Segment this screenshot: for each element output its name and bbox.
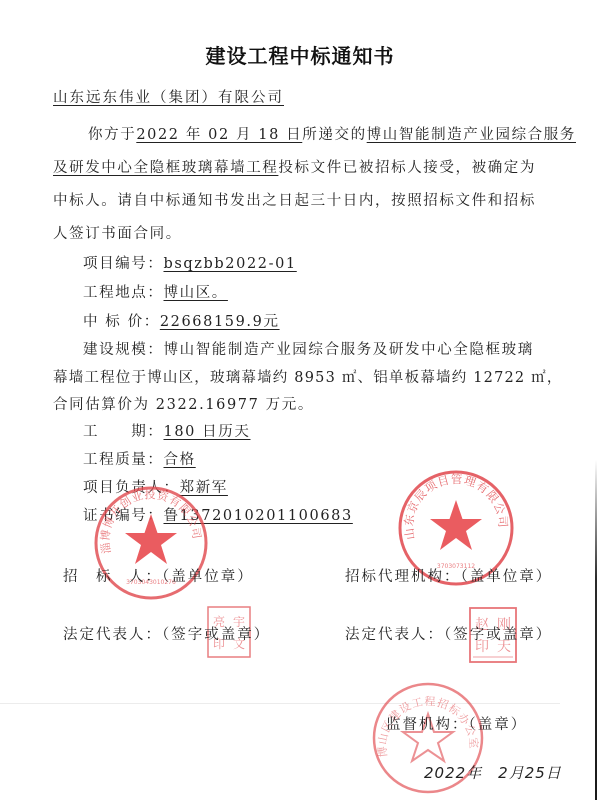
paragraph-line-4: 人签订书面合同。 xyxy=(53,222,182,243)
supervisor-label: 监督机构：（盖章） xyxy=(386,713,527,734)
duration-value: 180 日历天 xyxy=(164,424,251,440)
paragraph-line-1: 你方于2022 年 02 月 18 日所递交的博山智能制造产业园综合服务 xyxy=(88,123,576,144)
field-label: 工程质量： xyxy=(83,452,164,468)
agency-legal-rep-label: 法定代表人：（签字或盖章） xyxy=(345,623,552,644)
scale-line-1: 博山智能制造产业园综合服务及研发中心全隐框玻璃 xyxy=(164,342,534,358)
field-scale: 建设规模：博山智能制造产业园综合服务及研发中心全隐框玻璃 xyxy=(83,338,534,359)
submit-date: 2022 年 02 月 18 日 xyxy=(136,127,302,143)
paragraph-line-2: 及研发中心全隐框玻璃幕墙工程投标文件已被招标人接受，被确定为 xyxy=(53,156,536,177)
quality-value: 合格 xyxy=(164,452,196,468)
field-project-no: 项目编号：bsqzbb2022-01 xyxy=(83,252,297,273)
field-label: 建设规模： xyxy=(83,342,164,358)
scan-edge-line xyxy=(595,460,597,800)
project-no-value: bsqzbb2022-01 xyxy=(164,256,297,272)
tenderer-seal-label: 招 标 人：（盖单位章） xyxy=(63,565,254,586)
project-name-part1: 博山智能制造产业园综合服务 xyxy=(367,127,576,143)
field-quality: 工程质量：合格 xyxy=(83,448,196,469)
scale-line-2: 幕墙工程位于博山区，玻璃幕墙约 8953 ㎡、铝单板幕墙约 12722 ㎡， xyxy=(53,366,563,387)
document-title: 建设工程中标通知书 xyxy=(0,40,600,69)
paragraph-prefix: 你方于 xyxy=(88,127,136,143)
tenderer-legal-rep-label: 法定代表人：（签字或盖章） xyxy=(63,623,270,644)
field-duration: 工 期：180 日历天 xyxy=(83,420,251,441)
field-location: 工程地点：博山区。 xyxy=(83,281,228,302)
location-value: 博山区。 xyxy=(164,285,228,301)
bid-price-value: 22668159.9元 xyxy=(160,314,280,330)
addressee: 山东远东伟业（集团）有限公司 xyxy=(53,86,284,107)
scale-line-3: 合同估算价为 2322.16977 万元。 xyxy=(53,393,314,414)
field-bid-price: 中 标 价：22668159.9元 xyxy=(83,310,280,331)
paragraph-line2-suffix: 投标文件已被招标人接受，被确定为 xyxy=(278,160,536,176)
agency-seal-label: 招标代理机构：（盖单位章） xyxy=(345,565,552,586)
project-name-part2: 及研发中心全隐框玻璃幕墙工程 xyxy=(53,160,278,176)
field-label: 工 期： xyxy=(83,424,164,440)
field-label: 项目编号： xyxy=(83,256,164,272)
paragraph-mid: 所递交的 xyxy=(302,127,366,143)
field-label: 工程地点： xyxy=(83,285,164,301)
paragraph-line-3: 中标人。请自中标通知书发出之日起三十日内，按照招标文件和招标 xyxy=(53,189,536,210)
field-label: 中 标 价： xyxy=(83,314,160,330)
issue-date: 2022年 2月25日 xyxy=(424,762,562,783)
bid-award-notice-page: 建设工程中标通知书 山东远东伟业（集团）有限公司 你方于2022 年 02 月 … xyxy=(0,0,600,800)
